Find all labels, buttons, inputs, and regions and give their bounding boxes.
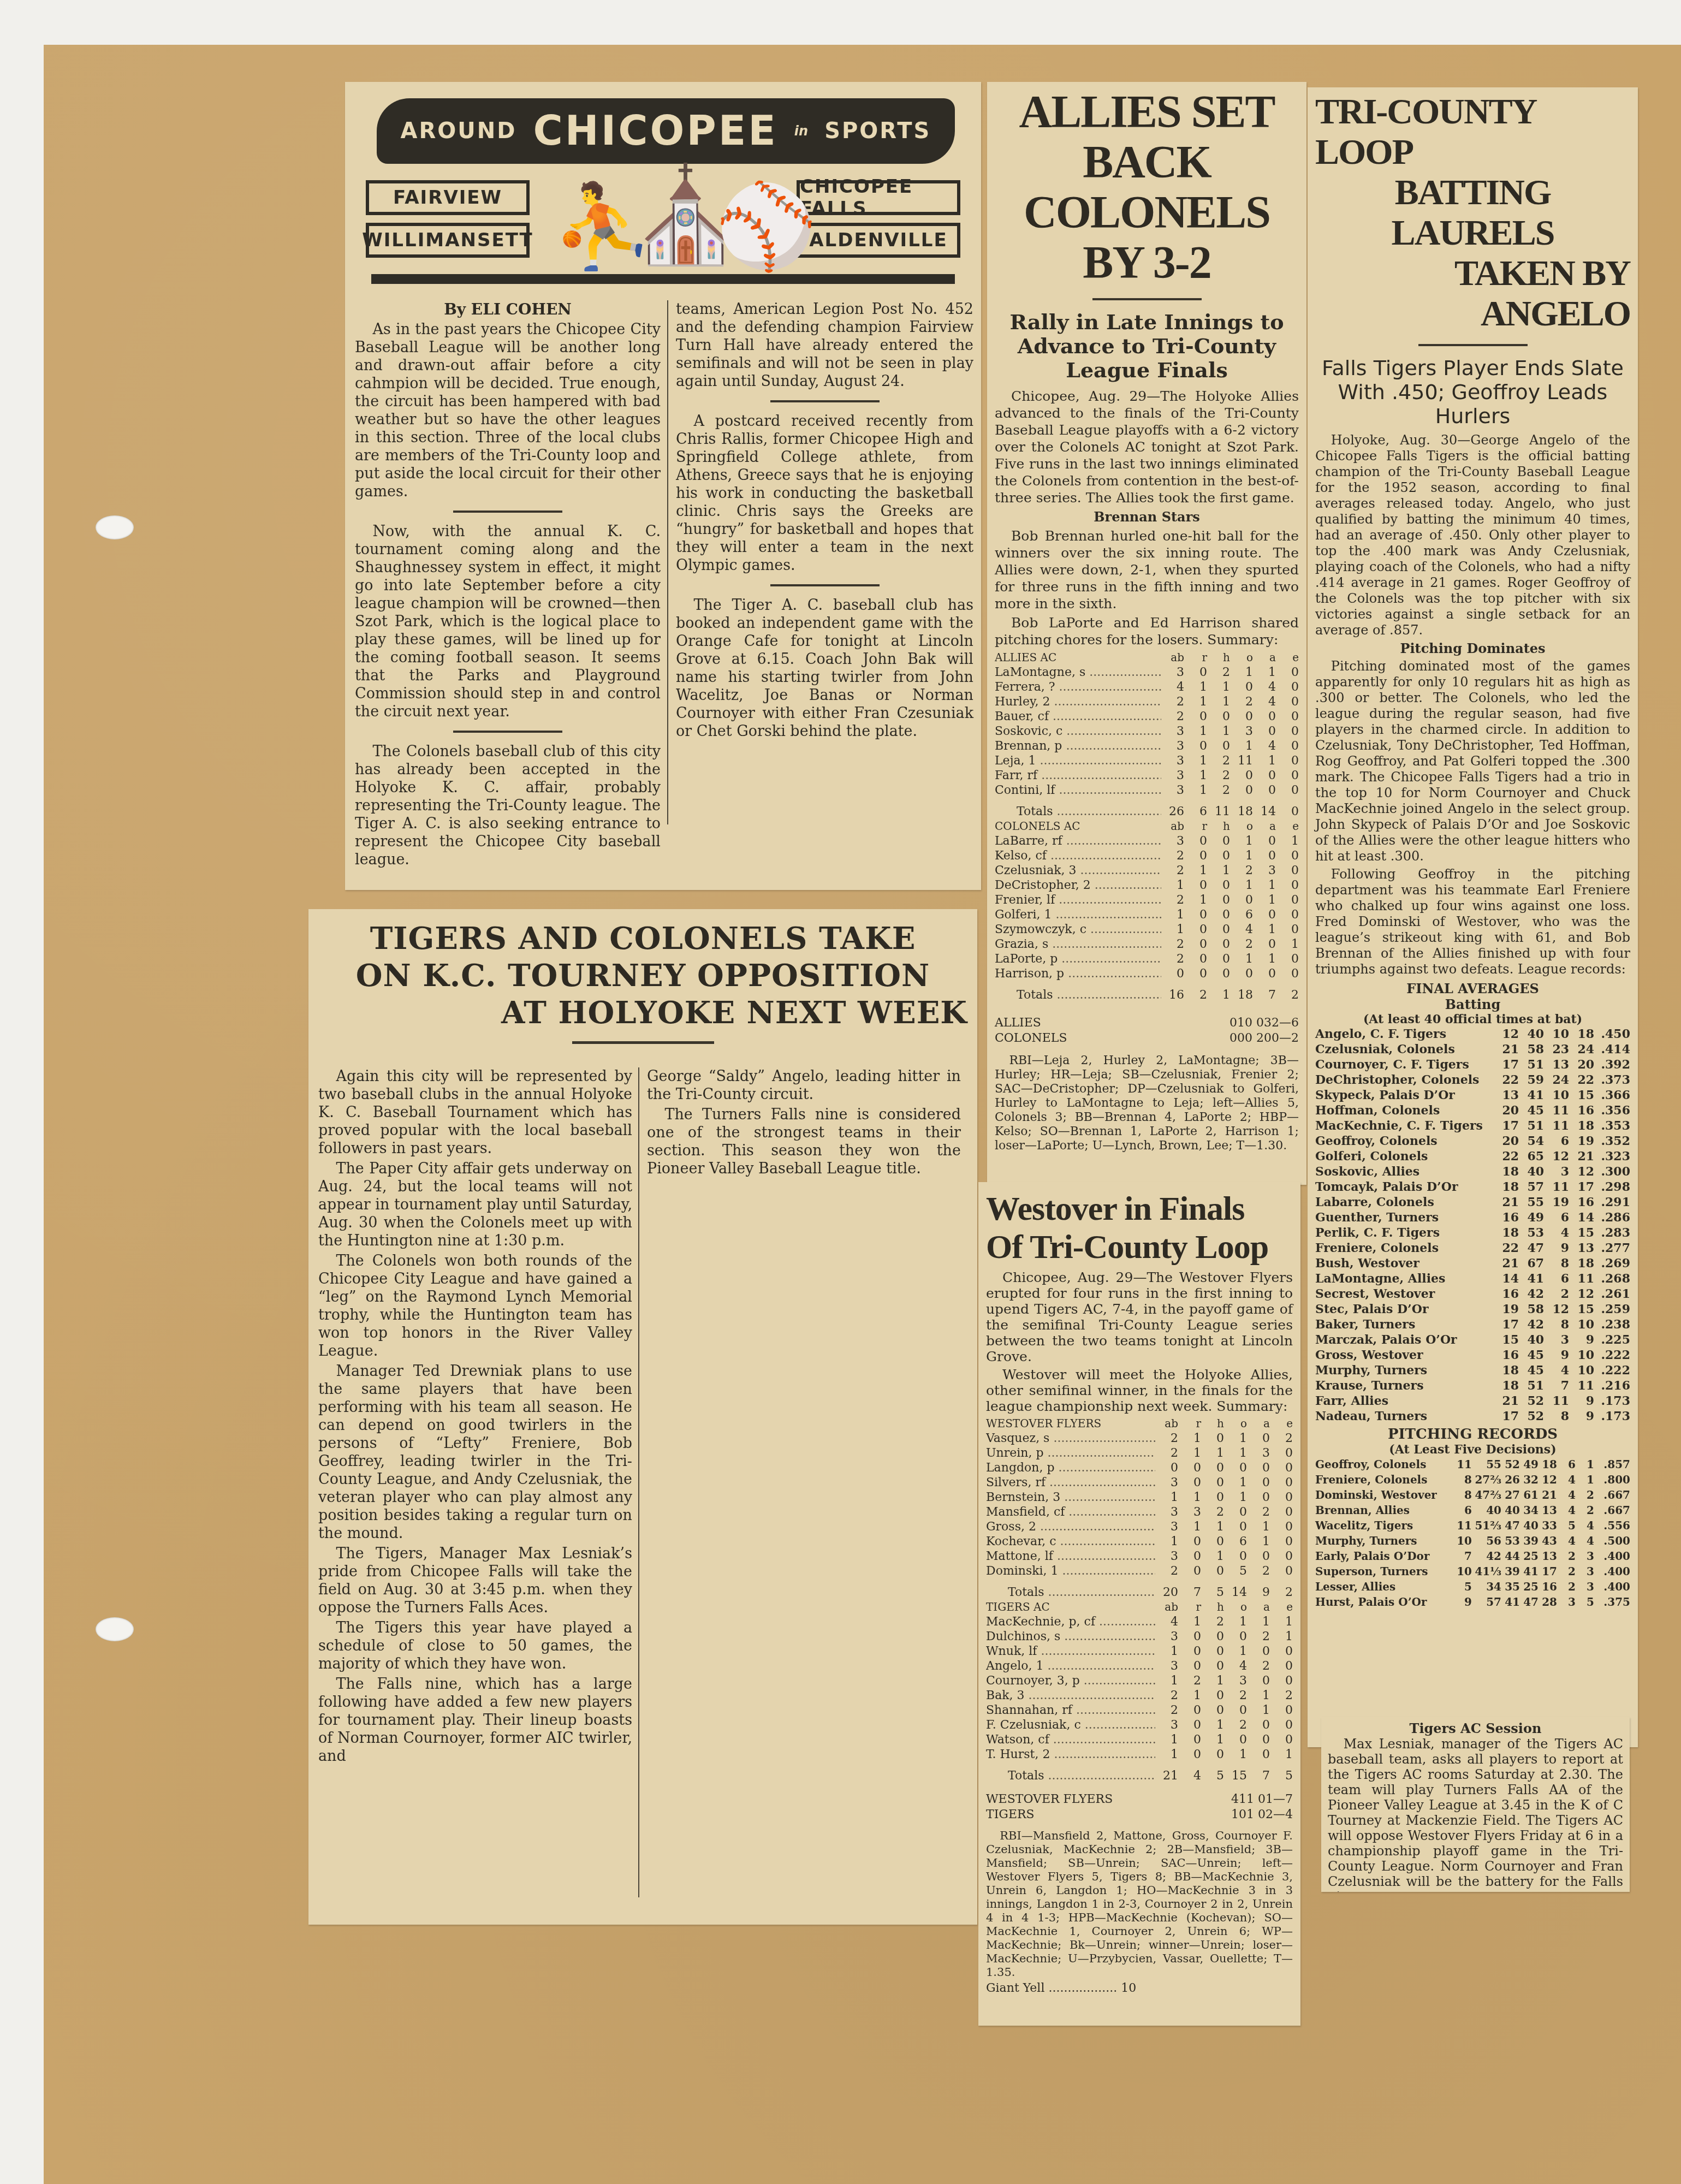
stat-cell: 21 (1494, 1195, 1519, 1210)
stat-cell: 1 (1155, 1490, 1178, 1505)
stat-cell: 2 (1207, 768, 1230, 783)
stat-cell: 3 (1155, 1629, 1178, 1644)
stat-cell: 14 (1224, 1578, 1247, 1600)
player-name: Skypeck, Palais D’Or (1315, 1088, 1494, 1103)
stat-cell: 22 (1494, 1241, 1519, 1256)
player-name-text: MacKechnie, p, cf (986, 1615, 1155, 1629)
stat-cell: 21 (1539, 1487, 1557, 1503)
stat-cell: 0 (1178, 1659, 1201, 1673)
stat-cell: 4 (1230, 922, 1253, 937)
stat-cell: 0 (1178, 1534, 1201, 1549)
stat-cell: 0 (1184, 952, 1207, 966)
stat-cell: 22 (1494, 1072, 1519, 1088)
player-name: Grazia, s (995, 937, 1161, 952)
stat-cell: 0 (1276, 966, 1299, 981)
stat-cell: 0 (1207, 937, 1230, 952)
pitcher-name: Brennan, Allies (1315, 1503, 1453, 1518)
stat-cell: 15 (1224, 1762, 1247, 1783)
headline-line: COLONELS BY 3-2 (995, 188, 1299, 288)
stat-cell: 1 (1161, 922, 1184, 937)
player-name-text: Mattone, lf (986, 1550, 1155, 1563)
stat-cell: 1 (1576, 1457, 1594, 1472)
linescore: WESTOVER FLYERS411 01—7 TIGERS101 02—4 (986, 1792, 1293, 1823)
linescore-row: ALLIES010 032—6 (995, 1016, 1299, 1031)
table-row: Harrison, p000000 (995, 966, 1299, 981)
stat-cell: 10 (1569, 1348, 1594, 1363)
stat-cell: 0 (1276, 753, 1299, 768)
stat-cell: 12 (1539, 1472, 1557, 1487)
player-name-text: Langdon, p (986, 1461, 1155, 1475)
stat-cell: 1 (1184, 753, 1207, 768)
player-name: Harrison, p (995, 966, 1161, 981)
stat-cell: 0 (1184, 937, 1207, 952)
player-name-text: Dominski, 1 (986, 1564, 1155, 1578)
stat-cell: 0 (1253, 848, 1276, 863)
average-cell: .353 (1594, 1118, 1630, 1133)
stat-cell: 2 (1247, 1564, 1270, 1578)
trailing-line: Giant Yell .................. 10 (986, 1981, 1293, 1995)
stat-cell: 26 (1161, 798, 1184, 819)
column-2: George “Saldy” Angelo, leading hitter in… (647, 1067, 961, 1180)
stat-cell: 7 (1178, 1578, 1201, 1600)
table-row: Langdon, p000000 (986, 1461, 1293, 1475)
stat-cell: 1 (1224, 1475, 1247, 1490)
percentage-cell: .400 (1594, 1579, 1630, 1594)
stat-cell: 20 (1494, 1103, 1519, 1118)
percentage-cell: .500 (1594, 1533, 1630, 1548)
stat-cell: 55 (1519, 1195, 1544, 1210)
stat-cell: 2 (1161, 695, 1184, 709)
divider (453, 511, 562, 513)
paragraph: The Tigers this year have played a sched… (318, 1619, 632, 1673)
stat-cell: 21 (1155, 1762, 1178, 1783)
stat-cell: 0 (1276, 952, 1299, 966)
average-cell: .173 (1594, 1409, 1630, 1424)
stat-cell: 53 (1501, 1533, 1520, 1548)
table-row: Angelo, C. F. Tigers12401018.450 (1315, 1026, 1630, 1042)
stat-cell: 0 (1253, 768, 1276, 783)
table-row: Soskovic, Allies1840312.300 (1315, 1164, 1630, 1179)
stat-cell: 1 (1247, 1615, 1270, 1629)
stat-column-header: r (1184, 819, 1207, 834)
stat-cell: 13 (1494, 1088, 1519, 1103)
stat-cell: 2 (1276, 981, 1299, 1002)
stat-cell: 2 (1557, 1548, 1576, 1564)
stat-cell: 17 (1494, 1409, 1519, 1424)
stat-cell: 27 (1501, 1487, 1520, 1503)
player-name-text: Bak, 3 (986, 1689, 1155, 1702)
stat-cell: 7 (1253, 981, 1276, 1002)
stat-cell: 1 (1230, 739, 1253, 753)
table-row: Wacelitz, Tigers1151⅔47403354.556 (1315, 1518, 1630, 1533)
average-cell: .259 (1594, 1302, 1630, 1317)
stat-cell: 4 (1576, 1533, 1594, 1548)
player-name: Contini, lf (995, 783, 1161, 798)
clipping-tigers-colonels: TIGERS AND COLONELS TAKE ON K.C. TOURNEY… (308, 909, 977, 1925)
box-score-header: TIGERS ACabrhoae (986, 1600, 1293, 1615)
player-name-text: Silvers, rf (986, 1476, 1155, 1489)
stat-cell: 34 (1520, 1503, 1539, 1518)
linescore-innings: 000 200—2 (1229, 1031, 1299, 1046)
paragraph: Chicopee, Aug. 29—The Holyoke Allies adv… (995, 388, 1299, 506)
paragraph: The Tiger A. C. baseball club has booked… (676, 596, 973, 740)
table-row: Freniere, Colonels827⅔26321241.800 (1315, 1472, 1630, 1487)
paragraph: Pitching dominated most of the games app… (1315, 658, 1630, 864)
stat-column-header: ab (1155, 1416, 1178, 1431)
table-row: Kochevar, c100610 (986, 1534, 1293, 1549)
stat-cell: 1 (1224, 1490, 1247, 1505)
stat-column-header: h (1207, 650, 1230, 665)
player-name: Stec, Palais D’Or (1315, 1302, 1494, 1317)
stat-cell: 13 (1569, 1241, 1594, 1256)
headline: TIGERS AND COLONELS TAKE ON K.C. TOURNEY… (318, 920, 967, 1031)
stat-cell: 1 (1253, 753, 1276, 768)
player-name-text: Harrison, p (995, 967, 1161, 981)
stat-cell: 1 (1207, 695, 1230, 709)
stat-cell: 15 (1494, 1332, 1519, 1348)
player-name: LaPorte, p (995, 952, 1161, 966)
linescore-row: WESTOVER FLYERS411 01—7 (986, 1792, 1293, 1807)
stat-cell: 1 (1253, 922, 1276, 937)
linescore-innings: 101 02—4 (1231, 1807, 1293, 1823)
player-name-text: Angelo, 1 (986, 1659, 1155, 1673)
table-row: LaPorte, p200110 (995, 952, 1299, 966)
totals-label: Totals (986, 1578, 1155, 1600)
stat-cell: 10 (1569, 1317, 1594, 1332)
stat-cell: 0 (1184, 878, 1207, 893)
stat-cell: 0 (1224, 1629, 1247, 1644)
stat-cell: 17 (1539, 1564, 1557, 1579)
stat-cell: 2 (1155, 1446, 1178, 1461)
player-name-text: Golferi, 1 (995, 908, 1161, 922)
stat-cell: 32 (1520, 1472, 1539, 1487)
player-name: MacKechnie, p, cf (986, 1615, 1155, 1629)
final-averages-title: FINAL AVERAGES (1315, 981, 1630, 996)
stat-cell: 3 (1557, 1594, 1576, 1610)
player-name: Czelusniak, 3 (995, 863, 1161, 878)
average-cell: .392 (1594, 1057, 1630, 1072)
stat-cell: 28 (1539, 1594, 1557, 1610)
divider (770, 400, 880, 402)
table-row: Czelusniak, Colonels21582324.414 (1315, 1042, 1630, 1057)
stat-cell: 15 (1569, 1088, 1594, 1103)
stat-cell: 0 (1270, 1446, 1293, 1461)
player-name-text: Kelso, cf (995, 849, 1161, 863)
stat-cell: 0 (1270, 1534, 1293, 1549)
stat-cell: 2 (1230, 695, 1253, 709)
table-row: Leja, 13121110 (995, 753, 1299, 768)
box-score-table: COLONELS ACabrhoaeLaBarre, rf300101Kelso… (995, 819, 1299, 1002)
stat-cell: 1 (1178, 1490, 1201, 1505)
stat-cell: 16 (1161, 981, 1184, 1002)
average-cell: .366 (1594, 1088, 1630, 1103)
stat-cell: 9 (1544, 1348, 1569, 1363)
stat-cell: 3 (1161, 783, 1184, 798)
box-score: ALLIES ACabrhoaeLaMontagne, s302110Ferre… (995, 650, 1299, 1002)
table-row: Angelo, 1300420 (986, 1659, 1293, 1673)
stat-cell: 0 (1270, 1490, 1293, 1505)
stat-cell: 52 (1519, 1393, 1544, 1409)
stat-cell: 0 (1207, 952, 1230, 966)
stat-cell: 0 (1270, 1644, 1293, 1659)
stat-cell: 0 (1201, 1461, 1224, 1475)
linescore-innings: 010 032—6 (1229, 1016, 1299, 1031)
table-row: Contini, lf312000 (995, 783, 1299, 798)
stat-cell: 4 (1178, 1762, 1201, 1783)
player-name-text: T. Hurst, 2 (986, 1748, 1155, 1761)
stat-cell: 0 (1184, 966, 1207, 981)
stat-cell: 3 (1247, 1446, 1270, 1461)
stat-cell: 1 (1201, 1732, 1224, 1747)
stat-cell: 16 (1494, 1210, 1519, 1225)
average-cell: .216 (1594, 1378, 1630, 1393)
stat-cell: 0 (1276, 739, 1299, 753)
stat-cell: 2 (1207, 753, 1230, 768)
stat-cell: 40 (1472, 1503, 1501, 1518)
table-row: Watson, cf101000 (986, 1732, 1293, 1747)
player-name-text: DeCristopher, 2 (995, 879, 1161, 892)
stat-cell: 19 (1494, 1302, 1519, 1317)
stat-cell: 0 (1178, 1475, 1201, 1490)
stat-cell: 17 (1494, 1317, 1519, 1332)
average-cell: .173 (1594, 1393, 1630, 1409)
stat-cell: 0 (1276, 768, 1299, 783)
stat-cell: 2 (1544, 1286, 1569, 1302)
stat-cell: 18 (1539, 1457, 1557, 1472)
pitcher-name: Hurst, Palais O’Or (1315, 1594, 1453, 1610)
stat-cell: 6 (1544, 1210, 1569, 1225)
stat-cell: 0 (1253, 907, 1276, 922)
stat-cell: 0 (1247, 1718, 1270, 1732)
headline-line: TAKEN BY ANGELO (1315, 253, 1630, 334)
stat-cell: 0 (1178, 1732, 1201, 1747)
clipping-westover-finals: Westover in Finals Of Tri-County Loop Ch… (978, 1182, 1300, 2026)
stat-cell: 9 (1247, 1578, 1270, 1600)
pitcher-name: Superson, Turners (1315, 1564, 1453, 1579)
table-row: Stec, Palais D’Or19581215.259 (1315, 1302, 1630, 1317)
paragraph: A postcard received recently from Chris … (676, 412, 973, 574)
clipping-around-chicopee: AROUND CHICOPEE in SPORTS FAIRVIEW WILLI… (345, 82, 981, 890)
player-name: Perlik, C. F. Tigers (1315, 1225, 1494, 1241)
stat-cell: 40 (1520, 1518, 1539, 1533)
stat-column-header: a (1253, 819, 1276, 834)
pitcher-name: Wacelitz, Tigers (1315, 1518, 1453, 1533)
paragraph: The Paper City affair gets underway on A… (318, 1160, 632, 1250)
stat-cell: 0 (1276, 695, 1299, 709)
plaque-fairview: FAIRVIEW (366, 180, 530, 215)
stat-cell: 1 (1178, 1688, 1201, 1703)
stat-cell: 0 (1230, 709, 1253, 724)
percentage-cell: .375 (1594, 1594, 1630, 1610)
box-score-header: WESTOVER FLYERSabrhoae (986, 1416, 1293, 1431)
headline: ALLIES SET BACK COLONELS BY 3-2 (995, 87, 1299, 288)
stat-cell: 6 (1184, 798, 1207, 819)
stat-cell: 11 (1453, 1457, 1472, 1472)
average-cell: .269 (1594, 1256, 1630, 1271)
stat-cell: 2 (1161, 863, 1184, 878)
stat-cell: 8 (1453, 1472, 1472, 1487)
stat-cell: 2 (1155, 1688, 1178, 1703)
stat-cell: 4 (1253, 739, 1276, 753)
stat-cell: 0 (1178, 1703, 1201, 1718)
player-name-text: Farr, rf (995, 769, 1161, 782)
stat-column-header: o (1224, 1416, 1247, 1431)
linescore-team: COLONELS (995, 1031, 1067, 1046)
average-cell: .238 (1594, 1317, 1630, 1332)
table-row: Cournoyer, C. F. Tigers17511320.392 (1315, 1057, 1630, 1072)
player-name-text: Brennan, p (995, 739, 1161, 753)
player-name: Guenther, Turners (1315, 1210, 1494, 1225)
stat-cell: 0 (1270, 1549, 1293, 1564)
game-notes: RBI—Leja 2, Hurley 2, LaMontagne; 3B—Hur… (995, 1054, 1299, 1153)
stat-cell: 2 (1184, 981, 1207, 1002)
stat-cell: 26 (1501, 1472, 1520, 1487)
player-name-text: Frenier, lf (995, 893, 1161, 907)
player-name: Wnuk, lf (986, 1644, 1155, 1659)
table-row: Tomcayk, Palais D’Or18571117.298 (1315, 1179, 1630, 1195)
stat-cell: 18 (1569, 1118, 1594, 1133)
stat-cell: 18 (1494, 1378, 1519, 1393)
stat-cell: 0 (1247, 1732, 1270, 1747)
table-row: Szymowczyk, c100410 (995, 922, 1299, 937)
stat-cell: 0 (1270, 1520, 1293, 1534)
player-name-text: Bauer, cf (995, 710, 1161, 723)
table-row: Lesser, Allies53435251623.400 (1315, 1579, 1630, 1594)
player-name-text: Leja, 1 (995, 754, 1161, 768)
table-row: Unrein, p211130 (986, 1446, 1293, 1461)
stat-cell: 3 (1161, 753, 1184, 768)
stat-cell: 5 (1201, 1578, 1224, 1600)
stat-cell: 45 (1519, 1103, 1544, 1118)
average-cell: .277 (1594, 1241, 1630, 1256)
stat-cell: 6 (1453, 1503, 1472, 1518)
linescore-team: TIGERS (986, 1807, 1035, 1823)
player-name-text: Cournoyer, 3, p (986, 1674, 1155, 1688)
stat-cell: 2 (1270, 1688, 1293, 1703)
table-row: Cournoyer, 3, p121300 (986, 1673, 1293, 1688)
table-row: DeCristopher, 2100110 (995, 878, 1299, 893)
stat-cell: 10 (1453, 1533, 1472, 1548)
player-name: Brennan, p (995, 739, 1161, 753)
stat-cell: 11 (1544, 1118, 1569, 1133)
player-name-text: LaMontagne, s (995, 666, 1161, 679)
stat-cell: 1 (1576, 1472, 1594, 1487)
player-name: Kochevar, c (986, 1534, 1155, 1549)
stat-cell: 2 (1270, 1431, 1293, 1446)
stat-cell: 57 (1519, 1179, 1544, 1195)
stat-cell: 2 (1161, 952, 1184, 966)
stat-cell: 1 (1224, 1446, 1247, 1461)
divider (1418, 344, 1528, 346)
stat-cell: 9 (1569, 1332, 1594, 1348)
stat-cell: 0 (1184, 709, 1207, 724)
player-name: Ferrera, ? (995, 680, 1161, 695)
stat-cell: 0 (1201, 1534, 1224, 1549)
stat-column-header: r (1178, 1416, 1201, 1431)
paragraph: The Falls nine, which has a large follow… (318, 1675, 632, 1765)
stat-cell: 42 (1472, 1548, 1501, 1564)
stat-cell: 18 (1569, 1256, 1594, 1271)
stat-cell: 45 (1519, 1348, 1544, 1363)
paragraph: Bob LaPorte and Ed Harrison shared pitch… (995, 614, 1299, 648)
table-row: Gross, 2311010 (986, 1520, 1293, 1534)
stat-cell: 3 (1224, 1673, 1247, 1688)
stat-cell: 13 (1539, 1503, 1557, 1518)
stat-cell: 6 (1544, 1133, 1569, 1149)
stat-cell: 0 (1201, 1644, 1224, 1659)
linescore-innings: 411 01—7 (1231, 1792, 1293, 1807)
stat-column-header: a (1247, 1416, 1270, 1431)
stat-cell: 2 (1576, 1487, 1594, 1503)
totals-label-text: Totals (1008, 1586, 1155, 1599)
stat-cell: 3 (1155, 1718, 1178, 1732)
stat-cell: 1 (1201, 1718, 1224, 1732)
banner-word-chicopee: CHICOPEE (533, 108, 778, 155)
banner-ribbon: AROUND CHICOPEE in SPORTS (377, 98, 955, 164)
stat-cell: 0 (1224, 1732, 1247, 1747)
table-row: Guenther, Turners1649614.286 (1315, 1210, 1630, 1225)
stat-cell: 0 (1184, 922, 1207, 937)
average-cell: .222 (1594, 1348, 1630, 1363)
stat-cell: 24 (1569, 1042, 1594, 1057)
stat-cell: 0 (1201, 1747, 1224, 1762)
stat-cell: 0 (1184, 665, 1207, 680)
stat-cell: 3 (1544, 1164, 1569, 1179)
player-name: Bauer, cf (995, 709, 1161, 724)
stat-cell: 0 (1207, 893, 1230, 907)
stat-cell: 51⅔ (1472, 1518, 1501, 1533)
stat-column-header: r (1184, 650, 1207, 665)
stat-cell: 4 (1557, 1533, 1576, 1548)
stat-cell: 1 (1184, 783, 1207, 798)
stat-cell: 0 (1276, 893, 1299, 907)
player-name: Mattone, lf (986, 1549, 1155, 1564)
stat-cell: 18 (1494, 1225, 1519, 1241)
stat-cell: 1 (1253, 952, 1276, 966)
table-row: Mansfield, cf332020 (986, 1505, 1293, 1520)
table-row: Brennan, p300140 (995, 739, 1299, 753)
stat-cell: 52 (1519, 1409, 1544, 1424)
stat-column-header: e (1270, 1416, 1293, 1431)
stat-column-header: o (1230, 819, 1253, 834)
stat-cell: 0 (1276, 922, 1299, 937)
stat-cell: 19 (1544, 1195, 1569, 1210)
stat-cell: 2 (1230, 863, 1253, 878)
team-name: ALLIES AC (995, 650, 1161, 665)
stat-cell: 51 (1519, 1057, 1544, 1072)
pitcher-name: Dominski, Westover (1315, 1487, 1453, 1503)
stat-cell: 0 (1247, 1461, 1270, 1475)
player-name: Farr, Allies (1315, 1393, 1494, 1409)
stat-cell: 3 (1155, 1520, 1178, 1534)
stat-cell: 0 (1178, 1718, 1201, 1732)
stat-cell: 12 (1544, 1302, 1569, 1317)
stat-cell: 0 (1253, 709, 1276, 724)
stat-cell: 0 (1270, 1703, 1293, 1718)
stat-column-header: o (1224, 1600, 1247, 1615)
stat-cell: 1 (1230, 878, 1253, 893)
player-name: Geoffroy, Colonels (1315, 1133, 1494, 1149)
stat-cell: 47⅔ (1472, 1487, 1501, 1503)
player-name: Szymowczyk, c (995, 922, 1161, 937)
game-notes: RBI—Mansfield 2, Mattone, Gross, Cournoy… (986, 1829, 1293, 1979)
stat-cell: 0 (1270, 1564, 1293, 1578)
player-name: Secrest, Westover (1315, 1286, 1494, 1302)
stat-cell: 54 (1519, 1133, 1544, 1149)
stat-cell: 1 (1253, 878, 1276, 893)
stat-cell: 17 (1494, 1118, 1519, 1133)
stat-cell: 0 (1201, 1564, 1224, 1578)
